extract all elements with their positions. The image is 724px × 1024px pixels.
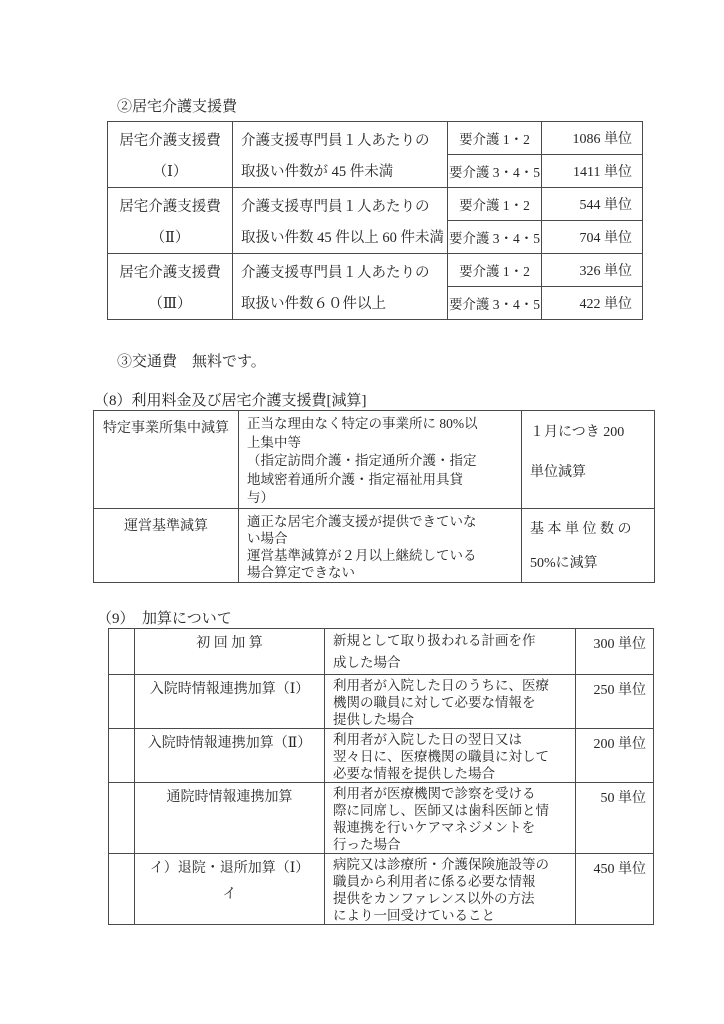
row-marker-cell: [109, 629, 135, 675]
fee-condition-cell: 介護支援専門員１人あたりの 取扱い件数６０件以上: [233, 254, 448, 320]
reduction-description-cell: 正当な理由なく特定の事業所に 80%以 上集中等 （指定訪問介護・指定通所介護・…: [239, 411, 522, 509]
units-cell: 422 単位: [542, 287, 643, 320]
section8-heading: （8）利用料金及び居宅介護支援費[減算]: [94, 389, 367, 410]
fee-condition-cell: 介護支援専門員１人あたりの 取扱い件数が 45 件未満: [233, 122, 448, 188]
addition-table: 初 回 加 算 新規として取り扱われる計画を作 成した場合 300 単位 入院時…: [108, 628, 654, 925]
section9-heading: （9） 加算について: [97, 607, 232, 628]
care-level-cell: 要介護 1・2: [448, 254, 542, 287]
table-row: 通院時情報連携加算 利用者が医療機関で診察を受ける 際に同席し、医師又は歯科医師…: [109, 783, 654, 854]
row-marker-cell: [109, 854, 135, 925]
table-row: 居宅介護支援費 （Ⅰ） 介護支援専門員１人あたりの 取扱い件数が 45 件未満 …: [108, 122, 643, 155]
table-row: 運営基準減算 適正な居宅介護支援が提供できていな い場合 運営基準減算が２月以上…: [94, 508, 655, 582]
home-care-support-fee-table: 居宅介護支援費 （Ⅰ） 介護支援専門員１人あたりの 取扱い件数が 45 件未満 …: [107, 121, 643, 320]
fee-condition-line1: 介護支援専門員１人あたりの: [241, 261, 447, 282]
fee-name-cell: 居宅介護支援費 （Ⅰ）: [108, 122, 233, 188]
table-row: 居宅介護支援費 （Ⅱ） 介護支援専門員１人あたりの 取扱い件数 45 件以上 6…: [108, 188, 643, 221]
fee-name-line2: （Ⅲ）: [109, 292, 231, 313]
section3-transport-fee-line: ③交通費 無料です。: [117, 350, 266, 371]
fee-condition-line2: 取扱い件数が 45 件未満: [241, 160, 447, 181]
units-cell: 450 単位: [576, 854, 654, 925]
table-row: 初 回 加 算 新規として取り扱われる計画を作 成した場合 300 単位: [109, 629, 654, 675]
care-level-cell: 要介護 3・4・5: [448, 287, 542, 320]
fee-name-line1: 居宅介護支援費: [109, 261, 231, 282]
units-cell: 50 単位: [576, 783, 654, 854]
reduction-label-cell: 特定事業所集中減算: [94, 411, 239, 509]
addition-name-cell: 入院時情報連携加算（Ⅱ）: [135, 729, 325, 783]
fee-name-line2: （Ⅱ）: [109, 226, 231, 247]
table-row: 入院時情報連携加算（Ⅰ） 利用者が入院した日のうちに、医療 機関の職員に対して必…: [109, 675, 654, 729]
fee-name-cell: 居宅介護支援費 （Ⅲ）: [108, 254, 233, 320]
fee-condition-line1: 介護支援専門員１人あたりの: [241, 129, 447, 150]
care-level-cell: 要介護 3・4・5: [448, 155, 542, 188]
addition-description-cell: 利用者が医療機関で診察を受ける 際に同席し、医師又は歯科医師と情 報連携を行いケ…: [325, 783, 576, 854]
fee-condition-cell: 介護支援専門員１人あたりの 取扱い件数 45 件以上 60 件未満: [233, 188, 448, 254]
fee-condition-line2: 取扱い件数６０件以上: [241, 292, 447, 313]
row-marker-cell: [109, 783, 135, 854]
units-cell: 326 単位: [542, 254, 643, 287]
care-level-cell: 要介護 3・4・5: [448, 221, 542, 254]
row-marker-cell: [109, 729, 135, 783]
table-row: 入院時情報連携加算（Ⅱ） 利用者が入院した日の翌日又は 翌々日に、医療機関の職員…: [109, 729, 654, 783]
addition-description-cell: 利用者が入院した日の翌日又は 翌々日に、医療機関の職員に対して 必要な情報を提供…: [325, 729, 576, 783]
table-row: イ）退院・退所加算（Ⅰ） イ 病院又は診療所・介護保険施設等の 職員から利用者に…: [109, 854, 654, 925]
row-marker-cell: [109, 675, 135, 729]
table-row: 居宅介護支援費 （Ⅲ） 介護支援専門員１人あたりの 取扱い件数６０件以上 要介護…: [108, 254, 643, 287]
units-cell: 1086 単位: [542, 122, 643, 155]
units-cell: 1411 単位: [542, 155, 643, 188]
fee-condition-line2: 取扱い件数 45 件以上 60 件未満: [241, 226, 447, 247]
table-row: 特定事業所集中減算 正当な理由なく特定の事業所に 80%以 上集中等 （指定訪問…: [94, 411, 655, 509]
units-cell: 250 単位: [576, 675, 654, 729]
section2-title: ②居宅介護支援費: [117, 95, 237, 116]
units-cell: 300 単位: [576, 629, 654, 675]
care-level-cell: 要介護 1・2: [448, 188, 542, 221]
reduction-description-cell: 適正な居宅介護支援が提供できていな い場合 運営基準減算が２月以上継続している …: [239, 508, 522, 582]
addition-name-cell: 入院時情報連携加算（Ⅰ）: [135, 675, 325, 729]
reduction-label-cell: 運営基準減算: [94, 508, 239, 582]
addition-description-cell: 新規として取り扱われる計画を作 成した場合: [325, 629, 576, 675]
addition-name-cell: 初 回 加 算: [135, 629, 325, 675]
reduction-amount-cell: 基 本 単 位 数 の 50%に減算: [522, 508, 655, 582]
fee-name-line2: （Ⅰ）: [109, 160, 231, 181]
reduction-table: 特定事業所集中減算 正当な理由なく特定の事業所に 80%以 上集中等 （指定訪問…: [93, 410, 655, 583]
units-cell: 544 単位: [542, 188, 643, 221]
fee-name-line1: 居宅介護支援費: [109, 129, 231, 150]
addition-name-cell: 通院時情報連携加算: [135, 783, 325, 854]
fee-name-cell: 居宅介護支援費 （Ⅱ）: [108, 188, 233, 254]
fee-condition-line1: 介護支援専門員１人あたりの: [241, 195, 447, 216]
reduction-amount-cell: １月につき 200 単位減算: [522, 411, 655, 509]
addition-description-cell: 利用者が入院した日のうちに、医療 機関の職員に対して必要な情報を 提供した場合: [325, 675, 576, 729]
fee-name-line1: 居宅介護支援費: [109, 195, 231, 216]
units-cell: 200 単位: [576, 729, 654, 783]
addition-name-cell: イ）退院・退所加算（Ⅰ） イ: [135, 854, 325, 925]
units-cell: 704 単位: [542, 221, 643, 254]
addition-description-cell: 病院又は診療所・介護保険施設等の 職員から利用者に係る必要な情報 提供をカンファ…: [325, 854, 576, 925]
care-level-cell: 要介護 1・2: [448, 122, 542, 155]
document-page: { "page": { "section2_title": "②居宅介護支援費"…: [0, 0, 724, 1024]
